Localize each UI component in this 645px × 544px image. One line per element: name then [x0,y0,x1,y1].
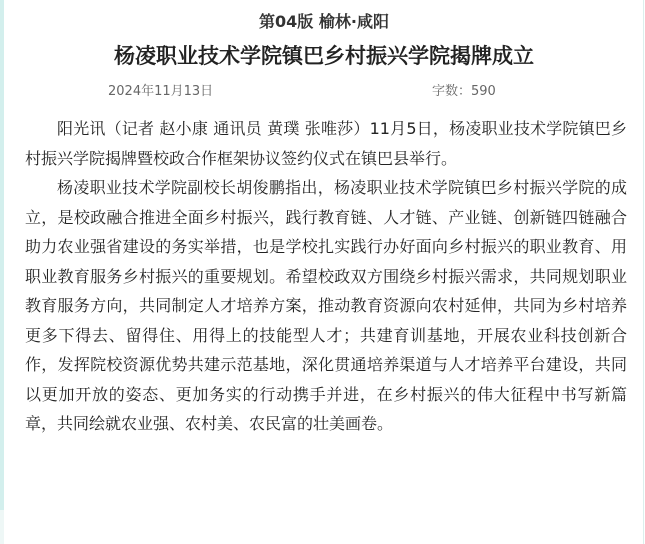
left-accent-strip [0,0,4,510]
publish-date: 2024年11月13日 [108,80,213,99]
paragraph-lead: 阳光讯（记者 赵小康 通讯员 黄璞 张唯莎）11月5日，杨凌职业技术学院镇巴乡村… [25,114,627,173]
word-count: 字数：590 [432,80,496,99]
edition-label: 第04版 榆林·咸阳 [18,9,630,32]
article-headline: 杨凌职业技术学院镇巴乡村振兴学院揭牌成立 [18,40,630,70]
paragraph-quote: 杨凌职业技术学院副校长胡俊鹏指出，杨凌职业技术学院镇巴乡村振兴学院的成立，是校政… [25,173,627,439]
right-border [643,0,644,544]
left-accent-strip-lower [0,510,4,544]
article-body: 阳光讯（记者 赵小康 通讯员 黄璞 张唯莎）11月5日，杨凌职业技术学院镇巴乡村… [25,114,627,439]
